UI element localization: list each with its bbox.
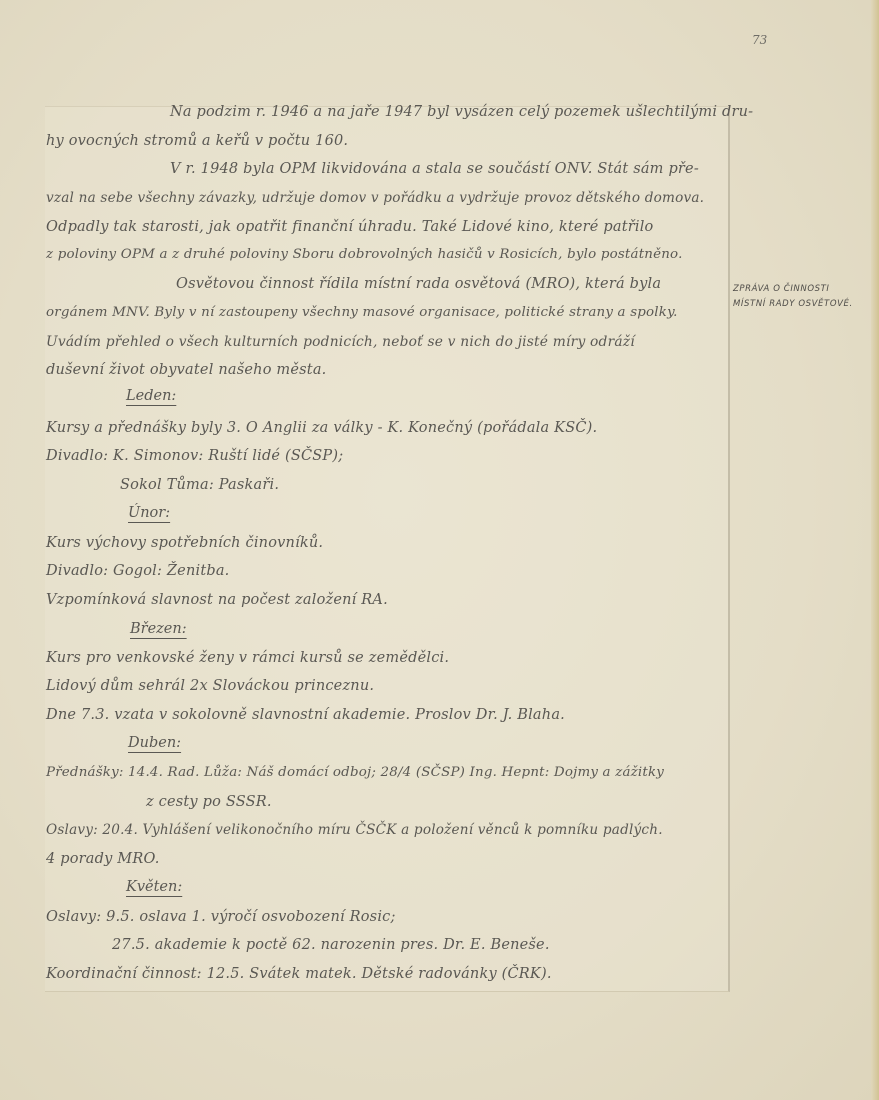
- margin-note-line-2: MÍSTNÍ RADY OSVĚTOVÉ.: [733, 297, 853, 312]
- unor-entry-2: Divadlo: Gogol: Ženitba.: [46, 563, 230, 579]
- page-number: 73: [752, 33, 767, 47]
- month-heading-unor: Únor:: [128, 505, 170, 521]
- paragraph-3-line-3: Uvádím přehled o všech kulturních podnic…: [46, 334, 635, 350]
- paragraph-3-line-4: duševní život obyvatel našeho města.: [46, 362, 326, 378]
- brezen-entry-1: Kurs pro venkovské ženy v rámci kursů se…: [46, 650, 449, 666]
- unor-entry-1: Kurs výchovy spotřebních činovníků.: [46, 535, 323, 551]
- page-edge: [871, 0, 879, 1100]
- month-heading-kveten: Květen:: [126, 879, 182, 895]
- margin-note-line-1: ZPRÁVA O ČINNOSTI: [733, 282, 853, 297]
- paragraph-2-line-1: V r. 1948 byla OPM likvidována a stala s…: [170, 161, 699, 177]
- paragraph-2-line-2: vzal na sebe všechny závazky, udržuje do…: [46, 190, 704, 206]
- paragraph-2-line-3: Odpadly tak starosti, jak opatřit finanč…: [46, 219, 653, 235]
- duben-entry-4: 4 porady MRO.: [46, 851, 160, 867]
- duben-entry-3: Oslavy: 20.4. Vyhlášení velikonočního mí…: [46, 822, 663, 838]
- month-heading-duben: Duben:: [128, 735, 181, 751]
- margin-note: ZPRÁVA O ČINNOSTI MÍSTNÍ RADY OSVĚTOVÉ.: [733, 282, 853, 312]
- brezen-entry-2: Lidový dům sehrál 2x Slováckou princeznu…: [46, 678, 374, 694]
- kveten-entry-2: 27.5. akademie k poctě 62. narozenin pre…: [112, 937, 550, 953]
- unor-entry-3: Vzpomínková slavnost na počest založení …: [46, 592, 388, 608]
- brezen-entry-3: Dne 7.3. vzata v sokolovně slavnostní ak…: [46, 707, 565, 723]
- paragraph-1-line-2: hy ovocných stromů a keřů v počtu 160.: [46, 133, 348, 149]
- leden-entry-1: Kursy a přednášky byly 3. O Anglii za vá…: [46, 420, 597, 436]
- paragraph-2-line-4: z poloviny OPM a z druhé poloviny Sboru …: [46, 247, 683, 262]
- month-heading-leden: Leden:: [126, 388, 176, 404]
- paragraph-1-line-1: Na podzim r. 1946 a na jaře 1947 byl vys…: [170, 104, 753, 120]
- kveten-entry-3: Koordinační činnost: 12.5. Svátek matek.…: [46, 966, 552, 982]
- month-heading-brezen: Březen:: [130, 621, 187, 637]
- leden-entry-3: Sokol Tůma: Paskaři.: [120, 477, 279, 493]
- duben-entry-2: z cesty po SSSR.: [146, 794, 272, 810]
- leden-entry-2: Divadlo: K. Simonov: Ruští lidé (SČSP);: [46, 448, 343, 464]
- scanned-page: 73 Na podzim r. 1946 a na jaře 1947 byl …: [0, 0, 879, 1100]
- paragraph-3-line-1: Osvětovou činnost řídila místní rada osv…: [176, 276, 661, 292]
- kveten-entry-1: Oslavy: 9.5. oslava 1. výročí osvobození…: [46, 909, 396, 925]
- duben-entry-1: Přednášky: 14.4. Rad. Lůža: Náš domácí o…: [46, 765, 664, 780]
- paragraph-3-line-2: orgánem MNV. Byly v ní zastoupeny všechn…: [46, 305, 678, 320]
